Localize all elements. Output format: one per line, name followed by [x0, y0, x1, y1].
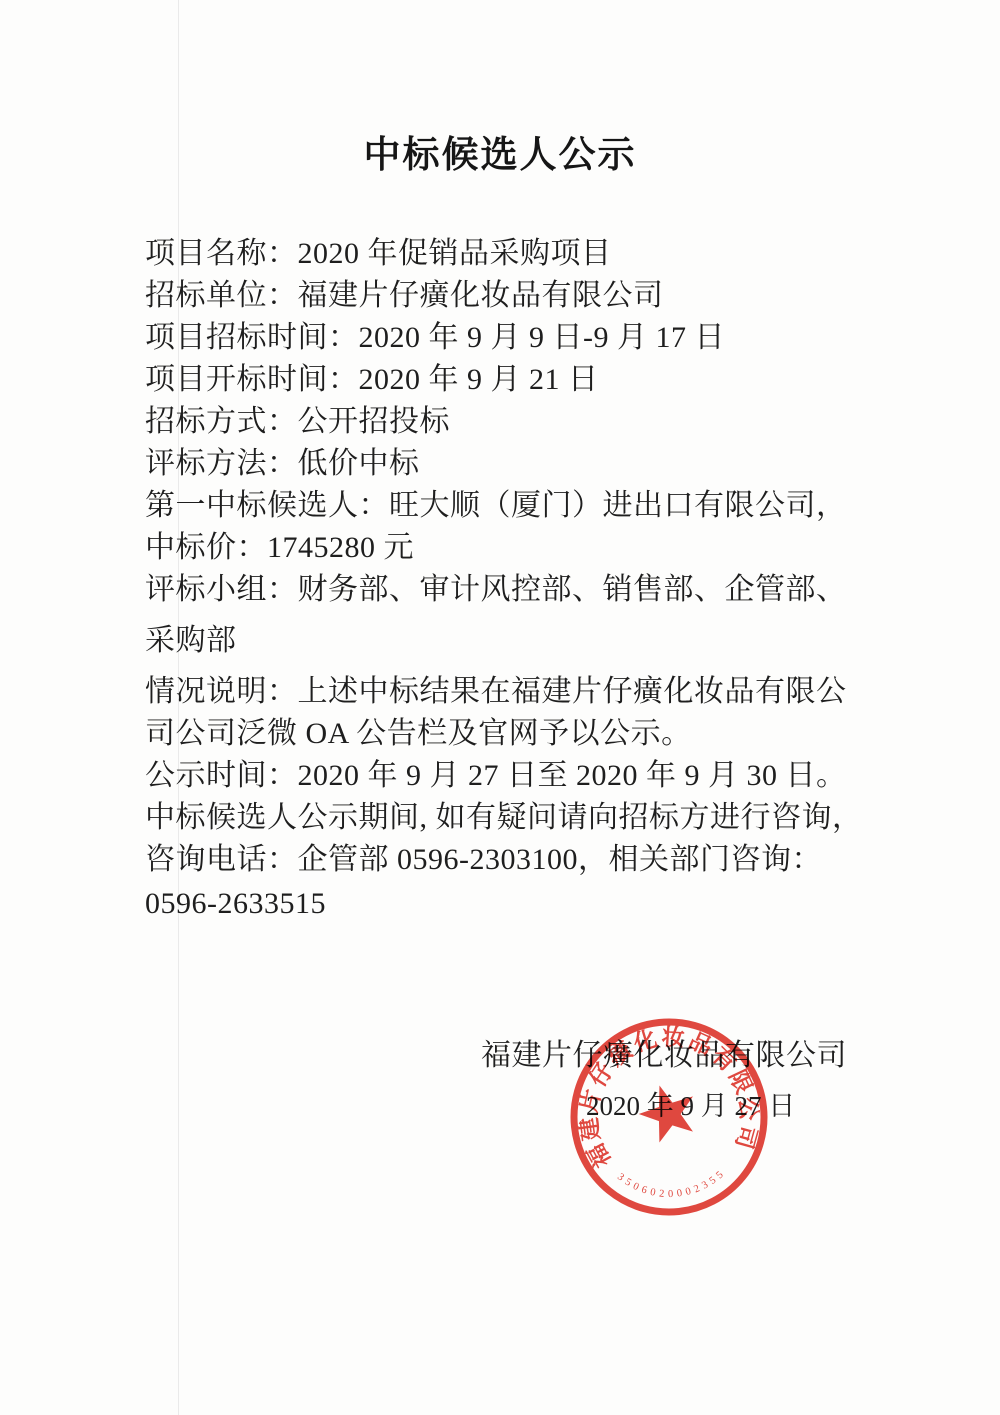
doc-line-evaluation-method: 评标方法：低价中标 — [145, 443, 935, 485]
doc-line-project-name: 项目名称：2020 年促销品采购项目 — [145, 233, 935, 275]
company-seal: 福建片仔癀化妆品有限公司 3506020002355 — [564, 1012, 774, 1222]
doc-line-situation-note: 情况说明：上述中标结果在福建片仔癀化妆品有限公 — [145, 671, 935, 713]
seal-star-icon — [636, 1082, 697, 1144]
doc-line-open-time: 项目开标时间：2020 年 9 月 21 日 — [145, 359, 935, 401]
doc-line-inquiry-phone: 咨询电话：企管部 0596-2303100，相关部门咨询： — [145, 839, 935, 881]
doc-line-inquiry-note: 中标候选人公示期间, 如有疑问请向招标方进行咨询， — [145, 797, 935, 839]
doc-line-evaluation-team: 评标小组：财务部、审计风控部、销售部、企管部、 — [145, 569, 935, 611]
document-title: 中标候选人公示 — [0, 124, 1000, 178]
doc-line-bid-price: 中标价：1745280 元 — [145, 527, 935, 569]
doc-line-publicity-time: 公示时间：2020 年 9 月 27 日至 2020 年 9 月 30 日。 — [145, 755, 935, 797]
doc-line-first-candidate: 第一中标候选人：旺大顺（厦门）进出口有限公司， — [145, 485, 935, 527]
document-body: 项目名称：2020 年促销品采购项目 招标单位：福建片仔癀化妆品有限公司 项目招… — [145, 233, 935, 925]
doc-line-tender-time: 项目招标时间：2020 年 9 月 9 日-9 月 17 日 — [145, 317, 935, 359]
seal-company-arc-text: 福建片仔癀化妆品有限公司 — [567, 1014, 765, 1173]
doc-line-tender-unit: 招标单位：福建片仔癀化妆品有限公司 — [145, 275, 935, 317]
doc-line-tender-method: 招标方式：公开招投标 — [145, 401, 935, 443]
doc-line-evaluation-team-cont: 采购部 — [145, 620, 935, 662]
doc-line-situation-note-cont: 司公司泛微 OA 公告栏及官网予以公示。 — [145, 713, 935, 755]
doc-line-inquiry-phone-cont: 0596-2633515 — [145, 883, 935, 925]
